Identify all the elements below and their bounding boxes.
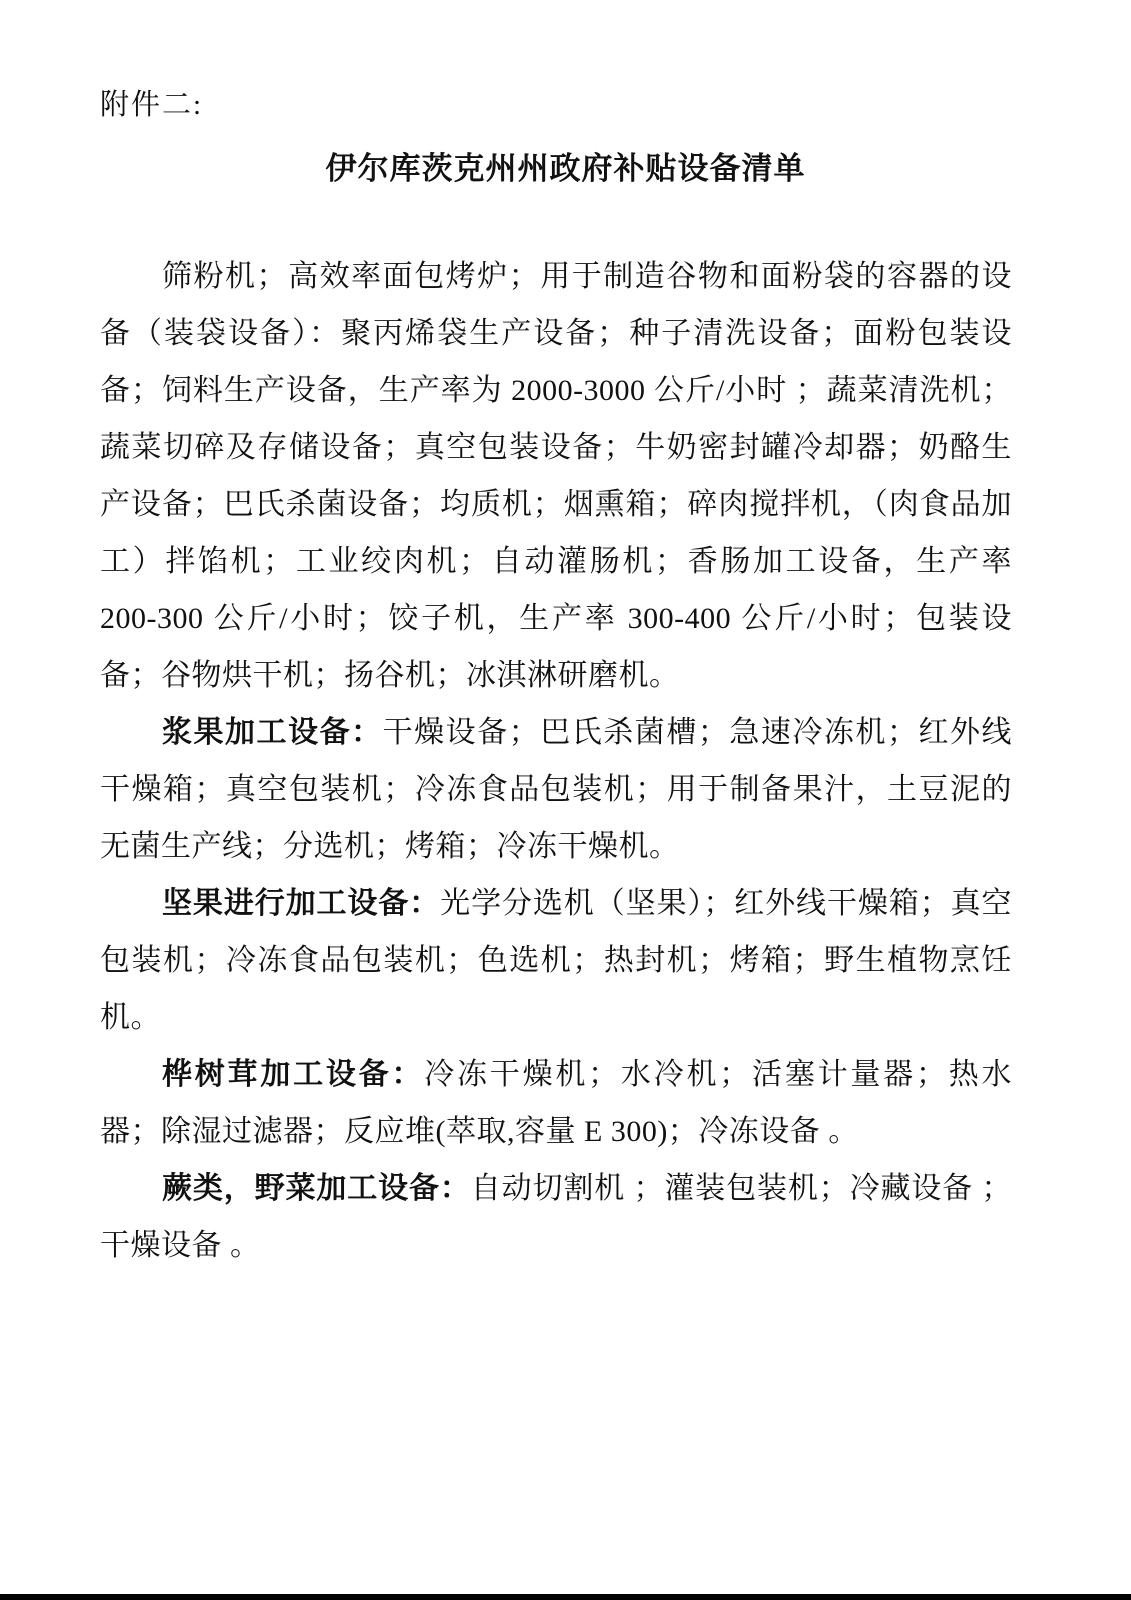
section-heading-fern: 蕨类，野菜加工设备： [162,1172,471,1205]
paragraph-text-general: 筛粉机；高效率面包烤炉；用于制造谷物和面粉袋的容器的设备（装袋设备）：聚丙烯袋生… [100,260,1012,692]
paragraph-berry-equipment: 浆果加工设备：干燥设备；巴氏杀菌槽；急速冷冻机；红外线干燥箱；真空包装机；冷冻食… [100,704,1012,875]
document-page: 附件二: 伊尔库茨克州州政府补贴设备清单 筛粉机；高效率面包烤炉；用于制造谷物和… [0,0,1131,1600]
attachment-label: 附件二: [100,82,203,123]
page-title: 伊尔库茨克州州政府补贴设备清单 [0,143,1131,188]
scan-edge-artifact [0,1594,1131,1600]
section-heading-berry: 浆果加工设备： [162,716,383,749]
section-heading-nut: 坚果进行加工设备： [162,887,440,920]
paragraph-general-equipment: 筛粉机；高效率面包烤炉；用于制造谷物和面粉袋的容器的设备（装袋设备）：聚丙烯袋生… [100,248,1012,704]
document-body: 筛粉机；高效率面包烤炉；用于制造谷物和面粉袋的容器的设备（装袋设备）：聚丙烯袋生… [100,248,1012,1274]
paragraph-chaga-equipment: 桦树茸加工设备：冷冻干燥机；水冷机；活塞计量器；热水器；除湿过滤器；反应堆(萃取… [100,1046,1012,1160]
section-heading-chaga: 桦树茸加工设备： [162,1058,424,1091]
paragraph-fern-equipment: 蕨类，野菜加工设备：自动切割机 ；灌装包装机；冷藏设备 ；干燥设备 。 [100,1160,1012,1274]
paragraph-nut-equipment: 坚果进行加工设备：光学分选机（坚果）；红外线干燥箱；真空包装机；冷冻食品包装机；… [100,875,1012,1046]
